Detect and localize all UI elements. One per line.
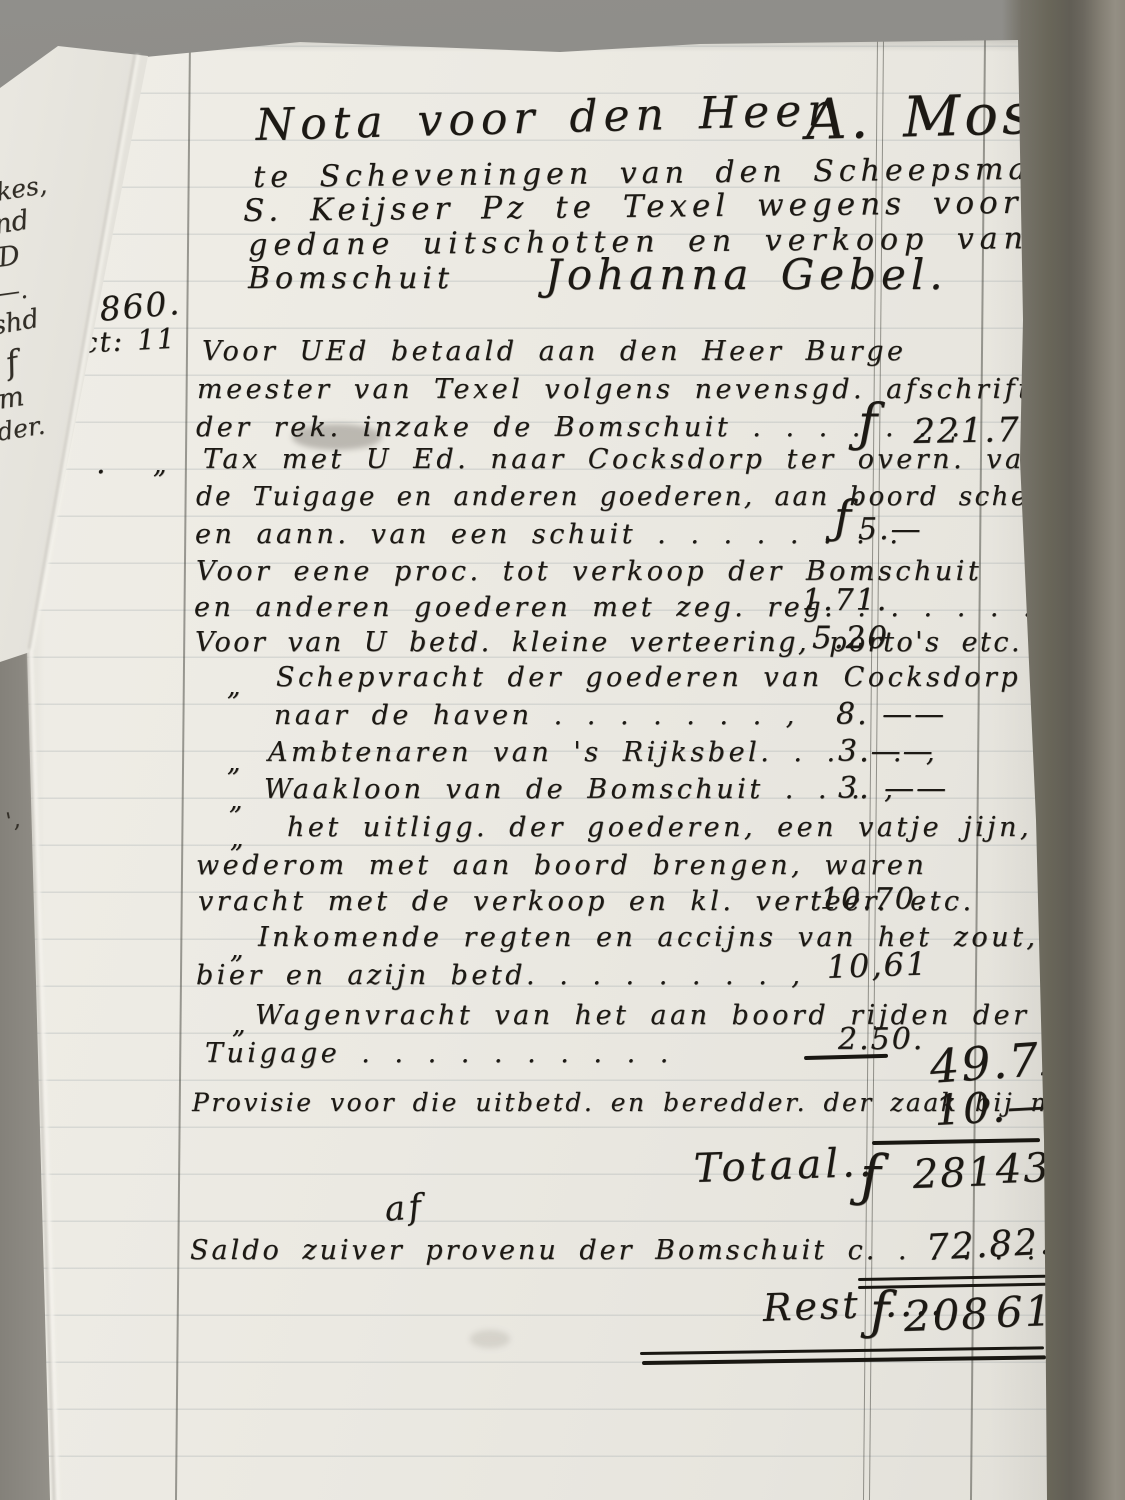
- entry-line: de Tuigage en anderen goederen, aan boor…: [196, 482, 1097, 512]
- cents-column-rule: [970, 40, 986, 1500]
- entry-line: der rek. inzake de Bomschuit . . . . . .…: [196, 412, 963, 443]
- entry-line: en anderen goederen met zeg. reg. . . . …: [194, 592, 1068, 623]
- margin-fragment: shd: [0, 304, 41, 342]
- entry-line: Schepvracht der goederen van Cocksdorp: [276, 662, 1021, 693]
- rest-rule-upper: [640, 1346, 1044, 1355]
- rest-rule-lower: [642, 1355, 1046, 1365]
- total-label: Totaal..: [693, 1140, 876, 1192]
- entry-line: het uitligg. der goederen, een vatje jij…: [287, 812, 1032, 843]
- entry-amount: 8. ——: [836, 697, 946, 732]
- total-guilders: 281: [912, 1149, 996, 1198]
- ditto-mark: „: [153, 450, 170, 480]
- total-cents: 43: [995, 1145, 1051, 1193]
- header-ship-type: Bomschuit: [248, 261, 454, 296]
- florin-sign: ƒ: [860, 1144, 884, 1209]
- ditto-mark: „: [227, 672, 244, 702]
- entry-line: Voor UEd betaald aan den Heer Burge: [202, 336, 906, 367]
- entry-line: naar de haven . . . . . . . ,: [274, 700, 798, 731]
- stray-mark: .: [96, 446, 109, 481]
- ditto-mark: „: [227, 748, 244, 778]
- ditto-mark: „: [229, 786, 246, 816]
- entry-line: Waakloon van de Bomschuit . . . ,: [264, 774, 896, 805]
- entry-amount: 2.50.: [838, 1022, 924, 1057]
- saldo-line: Saldo zuiver provenu der Bomschuit c. . …: [190, 1235, 1038, 1266]
- margin-fragment: nd: [0, 205, 31, 241]
- margin-fragment: m: [0, 381, 26, 416]
- entry-amount: 5.—: [858, 512, 923, 547]
- entry-line: bier en azijn betd. . . . . . . . ,: [196, 960, 803, 991]
- paper-stain: [470, 1330, 510, 1348]
- date-column-rule: [175, 40, 191, 1500]
- florin-sign: ƒ: [870, 1282, 893, 1342]
- saldo-rule-upper: [858, 1275, 1046, 1281]
- header-ship-name: Johanna Gebel.: [545, 250, 948, 299]
- ditto-mark: „: [232, 1010, 249, 1040]
- deduct-label: af: [383, 1187, 426, 1230]
- entry-amount: 1.71.: [802, 583, 888, 618]
- rest-guilders: 208: [903, 1289, 991, 1341]
- entry-amount: 5.20: [812, 620, 889, 656]
- saldo-amount: 72.82.: [925, 1221, 1053, 1269]
- margin-fragment: D: [0, 240, 22, 274]
- entry-line: wederom met aan boord brengen, waren: [196, 850, 927, 881]
- entry-amount: 10.70.: [820, 882, 927, 917]
- margin-fragment: f: [2, 343, 21, 383]
- margin-fragment: kes,: [0, 170, 49, 207]
- entry-line: Tax met U Ed. naar Cocksdorp ter overn. …: [203, 444, 1045, 475]
- entry-line: Tuigage . . . . . . . . . .: [205, 1038, 672, 1069]
- margin-fragment: ',: [4, 807, 22, 834]
- entry-amount: 3. ——: [838, 771, 948, 806]
- entry-amount: 3.——: [838, 734, 935, 769]
- total-rule: [872, 1138, 1040, 1145]
- florin-sign: ƒ: [834, 490, 855, 544]
- margin-fragment: —.: [0, 276, 29, 308]
- nota-page: Nota voor den Heer A. Mos. te Schevening…: [0, 0, 1125, 1500]
- entry-amount: 10,61: [826, 944, 929, 986]
- entry-line: meester van Texel volgens nevensgd. afsc…: [197, 374, 1033, 405]
- entry-line: en aann. van een schuit . . . . . . . .: [195, 519, 901, 550]
- entry-line: Voor van U betd. kleine verteering, port…: [195, 627, 1084, 658]
- header-title: Nota voor den Heer: [255, 85, 835, 151]
- rest-cents: 61: [995, 1286, 1054, 1337]
- margin-fragment: der.: [0, 410, 47, 446]
